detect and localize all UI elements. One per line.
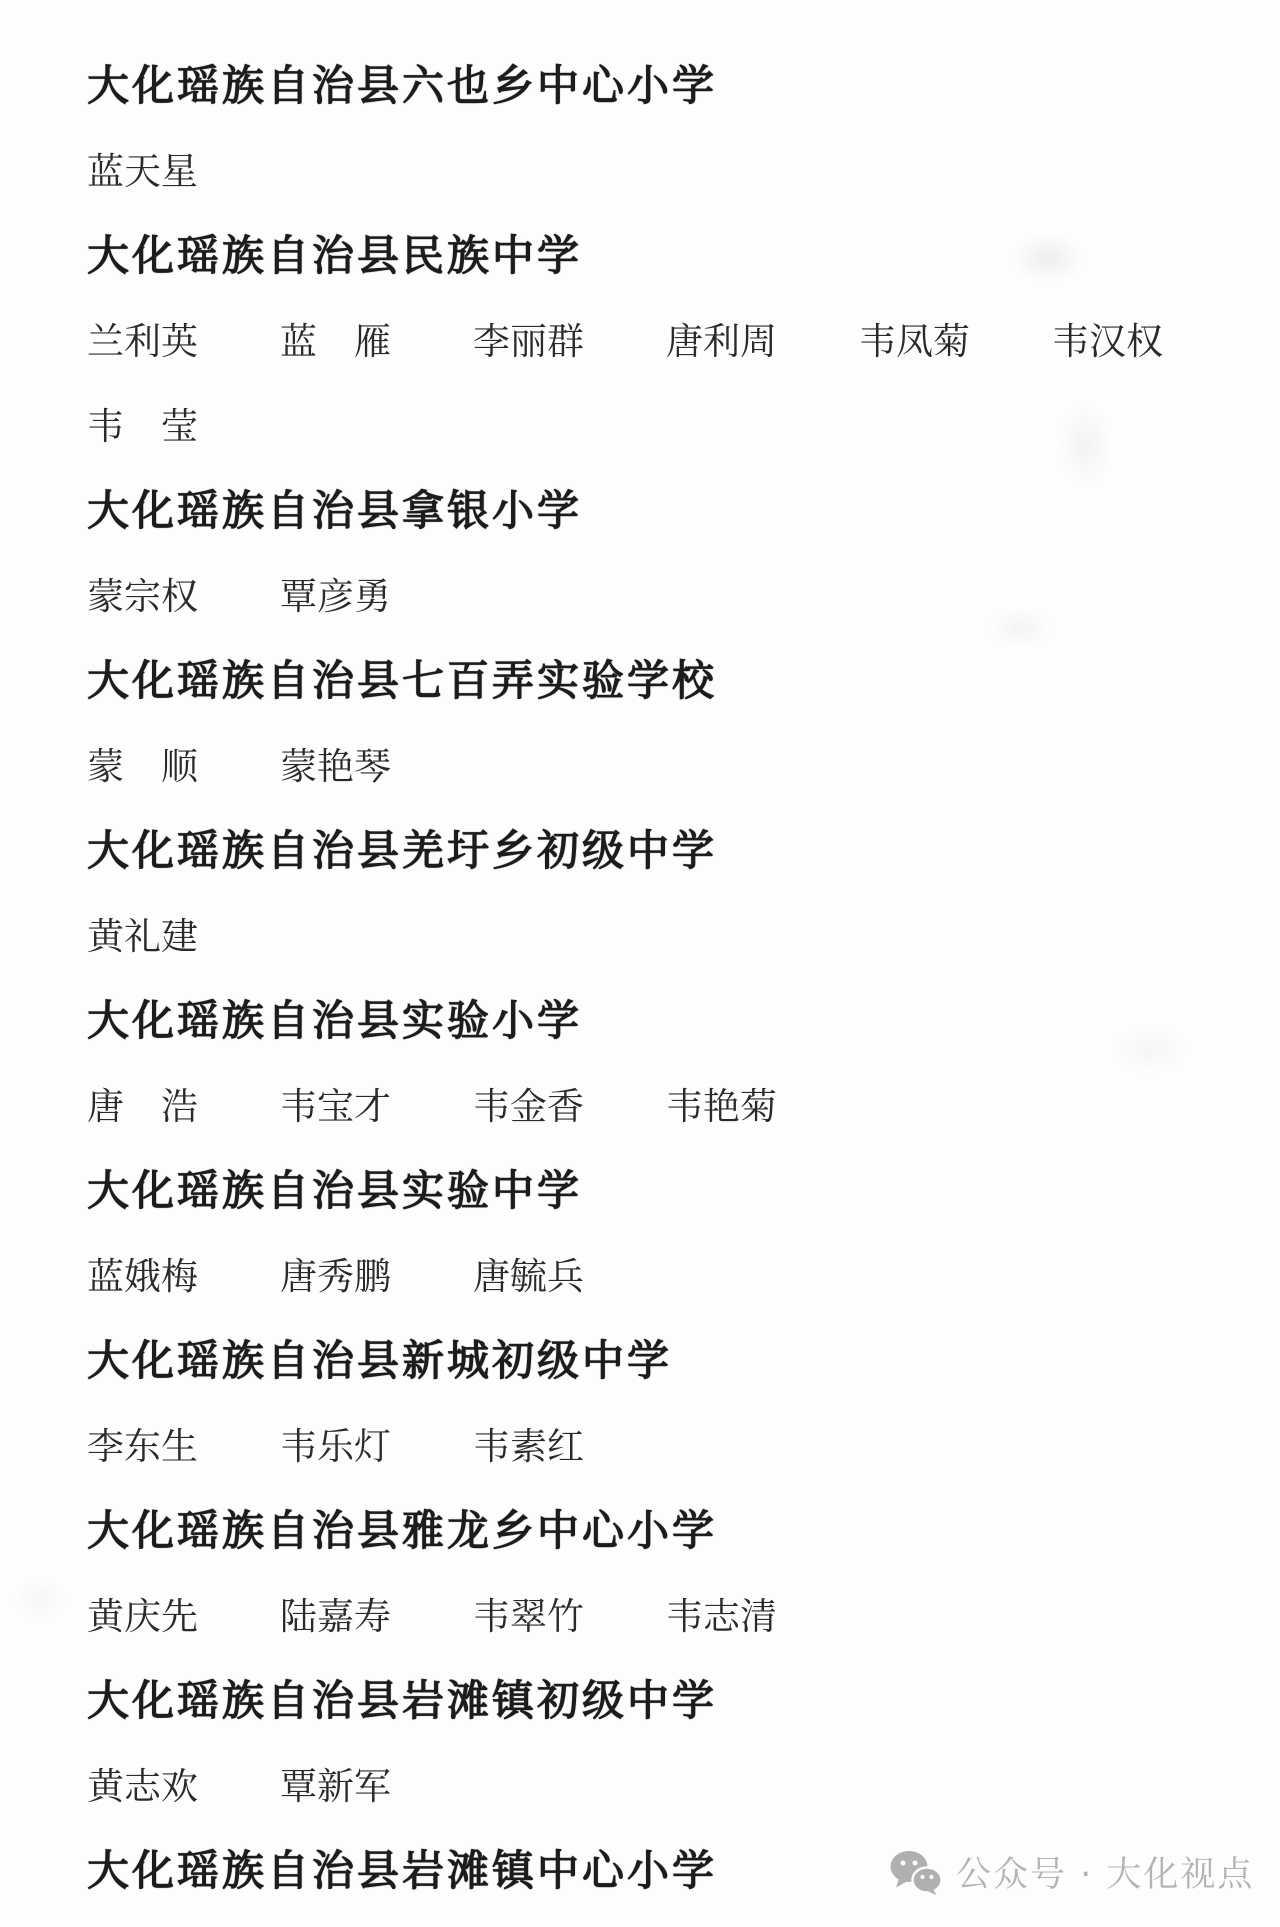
teacher-names-row: 黄志欢覃新军 <box>87 1740 1280 1825</box>
school-name-heading: 大化瑶族自治县岩滩镇中心小学 <box>87 1838 717 1898</box>
school-heading-line: 大化瑶族自治县拿银小学 <box>87 465 1280 550</box>
school-name-heading: 大化瑶族自治县拿银小学 <box>87 478 582 538</box>
teacher-name: 兰利英 <box>87 295 198 380</box>
school-name-heading: 大化瑶族自治县羌圩乡初级中学 <box>87 818 717 878</box>
school-heading-line: 大化瑶族自治县岩滩镇初级中学 <box>87 1655 1280 1740</box>
school-section: 大化瑶族自治县实验小学唐 浩韦宝才韦金香韦艳菊 <box>87 975 1280 1145</box>
teacher-name: 黄志欢 <box>87 1740 198 1825</box>
teacher-names-row: 蓝娥梅唐秀鹏唐毓兵 <box>87 1230 1280 1315</box>
school-section: 大化瑶族自治县羌圩乡初级中学黄礼建 <box>87 805 1280 975</box>
teacher-name: 韦宝才 <box>280 1060 391 1145</box>
school-heading-line: 大化瑶族自治县七百弄实验学校 <box>87 635 1280 720</box>
teacher-name: 唐 浩 <box>87 1060 198 1145</box>
teacher-name: 唐利周 <box>666 295 777 380</box>
teacher-name: 唐毓兵 <box>473 1230 584 1315</box>
document-body: 大化瑶族自治县六也乡中心小学蓝天星大化瑶族自治县民族中学兰利英蓝 雁李丽群唐利周… <box>0 0 1280 1910</box>
school-heading-line: 大化瑶族自治县雅龙乡中心小学 <box>87 1485 1280 1570</box>
teacher-name: 韦艳菊 <box>666 1060 777 1145</box>
teacher-names-row: 蓝天星 <box>87 125 1280 210</box>
teacher-name: 蒙艳琴 <box>280 720 391 805</box>
teacher-name: 蒙 顺 <box>87 720 198 805</box>
school-heading-line: 大化瑶族自治县新城初级中学 <box>87 1315 1280 1400</box>
teacher-name: 韦 莹 <box>87 380 198 465</box>
teacher-name: 韦志清 <box>666 1570 777 1655</box>
teacher-names-row: 黄礼建 <box>87 890 1280 975</box>
teacher-name: 韦凤菊 <box>859 295 970 380</box>
school-name-heading: 大化瑶族自治县七百弄实验学校 <box>87 648 717 708</box>
watermark: 公众号 · 大化视点 <box>890 1847 1254 1897</box>
teacher-names-row: 蒙 顺蒙艳琴 <box>87 720 1280 805</box>
school-name-heading: 大化瑶族自治县雅龙乡中心小学 <box>87 1498 717 1558</box>
school-section: 大化瑶族自治县民族中学兰利英蓝 雁李丽群唐利周韦凤菊韦汉权韦 莹 <box>87 210 1280 465</box>
school-name-heading: 大化瑶族自治县六也乡中心小学 <box>87 53 717 113</box>
wechat-icon <box>890 1850 942 1895</box>
school-section: 大化瑶族自治县新城初级中学李东生韦乐灯韦素红 <box>87 1315 1280 1485</box>
school-heading-line: 大化瑶族自治县民族中学 <box>87 210 1280 295</box>
teacher-names-row: 蒙宗权覃彦勇 <box>87 550 1280 635</box>
school-section: 大化瑶族自治县实验中学蓝娥梅唐秀鹏唐毓兵 <box>87 1145 1280 1315</box>
teacher-name: 韦汉权 <box>1052 295 1163 380</box>
teacher-name: 蓝娥梅 <box>87 1230 198 1315</box>
teacher-name: 蓝 雁 <box>280 295 391 380</box>
school-heading-line: 大化瑶族自治县实验中学 <box>87 1145 1280 1230</box>
school-heading-line: 大化瑶族自治县六也乡中心小学 <box>87 40 1280 125</box>
teacher-name: 黄庆先 <box>87 1570 198 1655</box>
teacher-name: 李丽群 <box>473 295 584 380</box>
teacher-names-row: 唐 浩韦宝才韦金香韦艳菊 <box>87 1060 1280 1145</box>
teacher-name: 蓝天星 <box>87 125 198 210</box>
teacher-name: 唐秀鹏 <box>280 1230 391 1315</box>
school-section: 大化瑶族自治县六也乡中心小学蓝天星 <box>87 40 1280 210</box>
teacher-names-row: 黄庆先陆嘉寿韦翠竹韦志清 <box>87 1570 1280 1655</box>
scanned-document-page: 大化瑶族自治县六也乡中心小学蓝天星大化瑶族自治县民族中学兰利英蓝 雁李丽群唐利周… <box>0 0 1280 1927</box>
school-name-heading: 大化瑶族自治县新城初级中学 <box>87 1328 672 1388</box>
teacher-name: 韦乐灯 <box>280 1400 391 1485</box>
school-heading-line: 大化瑶族自治县实验小学 <box>87 975 1280 1060</box>
teacher-name: 李东生 <box>87 1400 198 1485</box>
watermark-label: 公众号 · 大化视点 <box>956 1847 1254 1897</box>
school-section: 大化瑶族自治县雅龙乡中心小学黄庆先陆嘉寿韦翠竹韦志清 <box>87 1485 1280 1655</box>
teacher-names-row: 李东生韦乐灯韦素红 <box>87 1400 1280 1485</box>
school-name-heading: 大化瑶族自治县实验中学 <box>87 1158 582 1218</box>
school-name-heading: 大化瑶族自治县实验小学 <box>87 988 582 1048</box>
school-name-heading: 大化瑶族自治县民族中学 <box>87 223 582 283</box>
teacher-name: 蒙宗权 <box>87 550 198 635</box>
teacher-names-row: 兰利英蓝 雁李丽群唐利周韦凤菊韦汉权韦 莹 <box>87 295 1280 465</box>
teacher-name: 韦翠竹 <box>473 1570 584 1655</box>
school-section: 大化瑶族自治县岩滩镇初级中学黄志欢覃新军 <box>87 1655 1280 1825</box>
school-heading-line: 大化瑶族自治县羌圩乡初级中学 <box>87 805 1280 890</box>
teacher-name: 覃新军 <box>280 1740 391 1825</box>
teacher-name: 陆嘉寿 <box>280 1570 391 1655</box>
teacher-name: 韦金香 <box>473 1060 584 1145</box>
school-section: 大化瑶族自治县拿银小学蒙宗权覃彦勇 <box>87 465 1280 635</box>
teacher-name: 韦素红 <box>473 1400 584 1485</box>
teacher-name: 覃彦勇 <box>280 550 391 635</box>
teacher-name: 黄礼建 <box>87 890 198 975</box>
school-section: 大化瑶族自治县七百弄实验学校蒙 顺蒙艳琴 <box>87 635 1280 805</box>
school-name-heading: 大化瑶族自治县岩滩镇初级中学 <box>87 1668 717 1728</box>
